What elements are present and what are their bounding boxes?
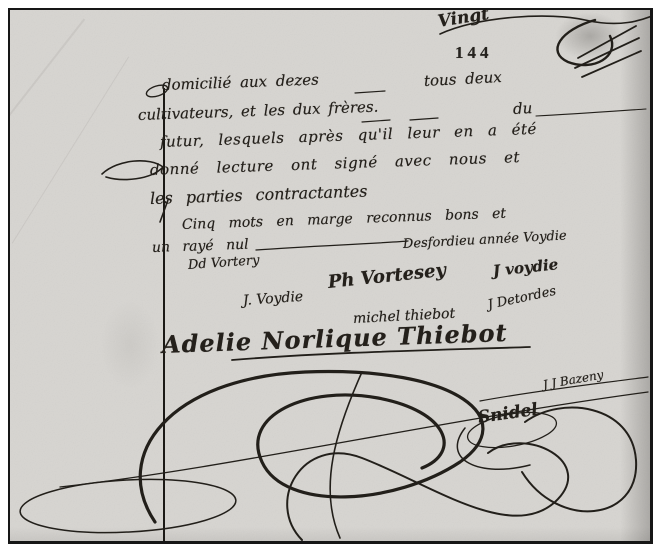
grand-paraph-flourish [19, 372, 648, 540]
margin-note-line-1: Cinq mots en marge reconnus bons et [182, 206, 507, 233]
body-line-3: futur, lesquels après qu'il leur en a ét… [160, 120, 538, 151]
dash-stroke [355, 91, 385, 93]
scan-edge-shadow [10, 527, 650, 541]
dash-stroke [256, 241, 408, 250]
body-line-1b: tous deux [424, 68, 503, 90]
signature-desfordieu: Desfordieu année Voydie [403, 228, 567, 252]
body-line-5: les parties contractantes [150, 181, 368, 208]
signature-vortery: Dd Vortery [187, 253, 259, 273]
signature-bazeny: J J Bazeny [542, 367, 605, 391]
paper-crease [8, 18, 85, 161]
signature-detordes: J Detordes [486, 284, 557, 313]
body-line-4: donné lecture ont signé avec nous et [150, 148, 521, 179]
signature-voydie-right: J voydie [492, 255, 559, 280]
signature-vortesey: Ph Vortesey [327, 260, 447, 293]
paper-background: 144 Vingt domicilié aux dezes tous deux … [10, 10, 650, 541]
margin-note-line-2: un rayé nul [152, 237, 249, 256]
page-number: 144 [455, 43, 493, 63]
body-line-1a: domicilié aux dezes [162, 71, 319, 94]
dash-stroke [410, 118, 438, 120]
ink-smudge [100, 300, 160, 390]
signature-thiebot-large: Adelie Norlique Thiebot [161, 318, 508, 359]
body-line-2a: cultivateurs, et les dux frères. [138, 98, 379, 124]
body-line-2b: du [513, 99, 533, 118]
signature-voydie-left: J. Voydie [242, 289, 303, 309]
header-script-word: Vingt [436, 8, 490, 32]
paper-crease [12, 56, 129, 243]
scan-edge-shadow [620, 10, 650, 541]
dash-stroke [362, 120, 390, 122]
signature-snidel: Snidel [477, 400, 539, 428]
scanned-register-page: 144 Vingt domicilié aux dezes tous deux … [0, 0, 667, 554]
scan-frame: 144 Vingt domicilié aux dezes tous deux … [8, 8, 653, 544]
margin-rule-line [163, 88, 165, 541]
ink-smudge [555, 12, 625, 60]
